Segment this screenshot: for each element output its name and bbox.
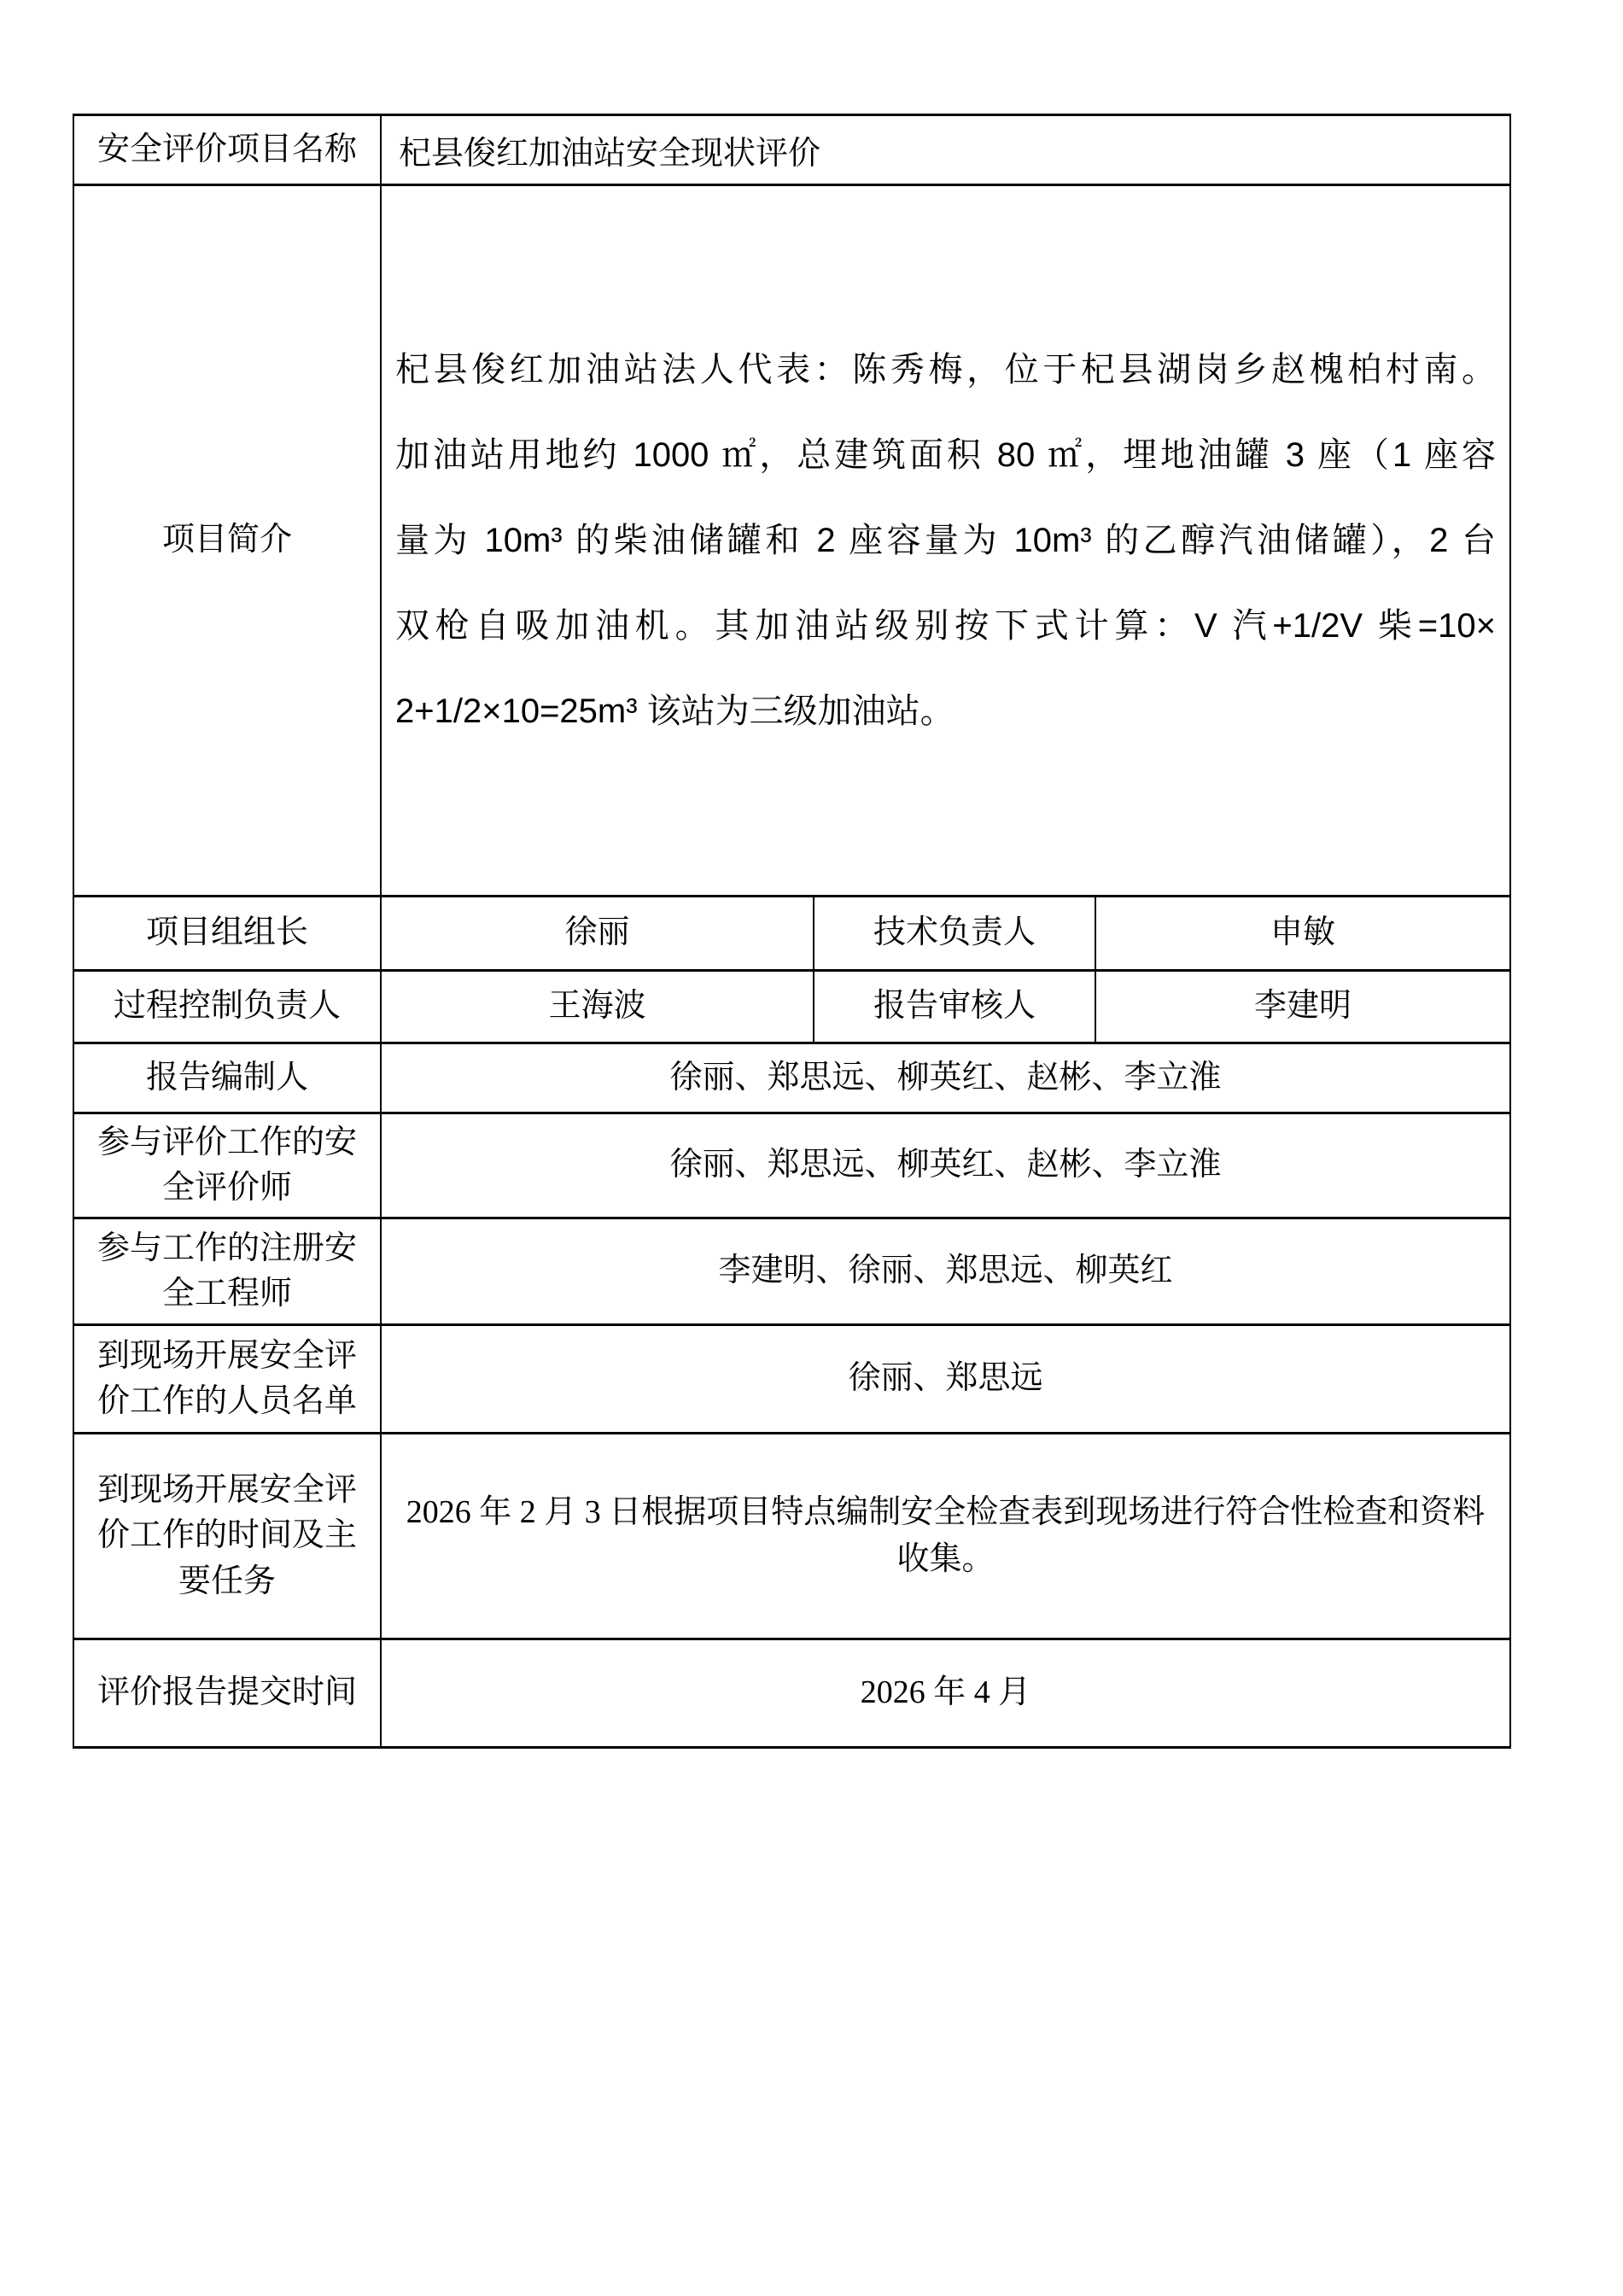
- label-report-reviewer: 报告审核人: [814, 971, 1095, 1043]
- value-onsite-personnel: 徐丽、郑思远: [381, 1325, 1510, 1434]
- label-project-name: 安全评价项目名称: [73, 115, 381, 185]
- value-technical-lead: 申敏: [1095, 897, 1510, 971]
- label-report-submission-time: 评价报告提交时间: [73, 1639, 381, 1748]
- intro-line: 2+1/2×10=25m³ 该站为三级加油站。: [395, 669, 1496, 754]
- row-project-name: 安全评价项目名称 杞县俊红加油站安全现状评价: [73, 115, 1510, 185]
- document-page: 安全评价项目名称 杞县俊红加油站安全现状评价 项目简介 杞县俊红加油站法人代表：…: [0, 0, 1623, 2296]
- row-report-authors: 报告编制人 徐丽、郑思远、柳英红、赵彬、李立淮: [73, 1043, 1510, 1113]
- safety-evaluation-info-table: 安全评价项目名称 杞县俊红加油站安全现状评价 项目简介 杞县俊红加油站法人代表：…: [73, 114, 1511, 1749]
- label-onsite-personnel: 到现场开展安全评 价工作的人员名单: [73, 1325, 381, 1434]
- value-team-leader: 徐丽: [381, 897, 814, 971]
- intro-line: 加油站用地约 1000 ㎡，总建筑面积 80 ㎡，埋地油罐 3 座（1 座容: [395, 412, 1496, 498]
- value-onsite-time-tasks: 2026 年 2 月 3 日根据项目特点编制安全检查表到现场进行符合性检查和资料…: [381, 1434, 1510, 1639]
- intro-line: 杞县俊红加油站法人代表：陈秀梅，位于杞县湖岗乡赵槐柏村南。: [395, 327, 1496, 412]
- label-process-control: 过程控制负责人: [73, 971, 381, 1043]
- value-safety-evaluators: 徐丽、郑思远、柳英红、赵彬、李立淮: [381, 1113, 1510, 1218]
- value-report-reviewer: 李建明: [1095, 971, 1510, 1043]
- value-project-name: 杞县俊红加油站安全现状评价: [381, 115, 1510, 185]
- row-safety-evaluators: 参与评价工作的安 全评价师 徐丽、郑思远、柳英红、赵彬、李立淮: [73, 1113, 1510, 1218]
- label-registered-engineers: 参与工作的注册安 全工程师: [73, 1218, 381, 1325]
- intro-line: 双枪自吸加油机。其加油站级别按下式计算：V 汽+1/2V 柴=10×: [395, 583, 1496, 669]
- row-onsite-personnel: 到现场开展安全评 价工作的人员名单 徐丽、郑思远: [73, 1325, 1510, 1434]
- intro-paragraph: 杞县俊红加油站法人代表：陈秀梅，位于杞县湖岗乡赵槐柏村南。加油站用地约 1000…: [395, 327, 1496, 754]
- label-project-intro: 项目简介: [73, 185, 381, 897]
- label-safety-evaluators: 参与评价工作的安 全评价师: [73, 1113, 381, 1218]
- row-registered-engineers: 参与工作的注册安 全工程师 李建明、徐丽、郑思远、柳英红: [73, 1218, 1510, 1325]
- value-registered-engineers: 李建明、徐丽、郑思远、柳英红: [381, 1218, 1510, 1325]
- label-technical-lead: 技术负责人: [814, 897, 1095, 971]
- row-team-leader: 项目组组长 徐丽 技术负责人 申敏: [73, 897, 1510, 971]
- value-process-control: 王海波: [381, 971, 814, 1043]
- label-report-authors: 报告编制人: [73, 1043, 381, 1113]
- value-project-intro: 杞县俊红加油站法人代表：陈秀梅，位于杞县湖岗乡赵槐柏村南。加油站用地约 1000…: [381, 185, 1510, 897]
- row-process-control: 过程控制负责人 王海波 报告审核人 李建明: [73, 971, 1510, 1043]
- value-report-authors: 徐丽、郑思远、柳英红、赵彬、李立淮: [381, 1043, 1510, 1113]
- value-report-submission-time: 2026 年 4 月: [381, 1639, 1510, 1748]
- label-team-leader: 项目组组长: [73, 897, 381, 971]
- intro-line: 量为 10m³ 的柴油储罐和 2 座容量为 10m³ 的乙醇汽油储罐），2 台: [395, 498, 1496, 583]
- row-project-intro: 项目简介 杞县俊红加油站法人代表：陈秀梅，位于杞县湖岗乡赵槐柏村南。加油站用地约…: [73, 185, 1510, 897]
- label-onsite-time-tasks: 到现场开展安全评 价工作的时间及主 要任务: [73, 1434, 381, 1639]
- row-onsite-time-tasks: 到现场开展安全评 价工作的时间及主 要任务 2026 年 2 月 3 日根据项目…: [73, 1434, 1510, 1639]
- row-report-submission-time: 评价报告提交时间 2026 年 4 月: [73, 1639, 1510, 1748]
